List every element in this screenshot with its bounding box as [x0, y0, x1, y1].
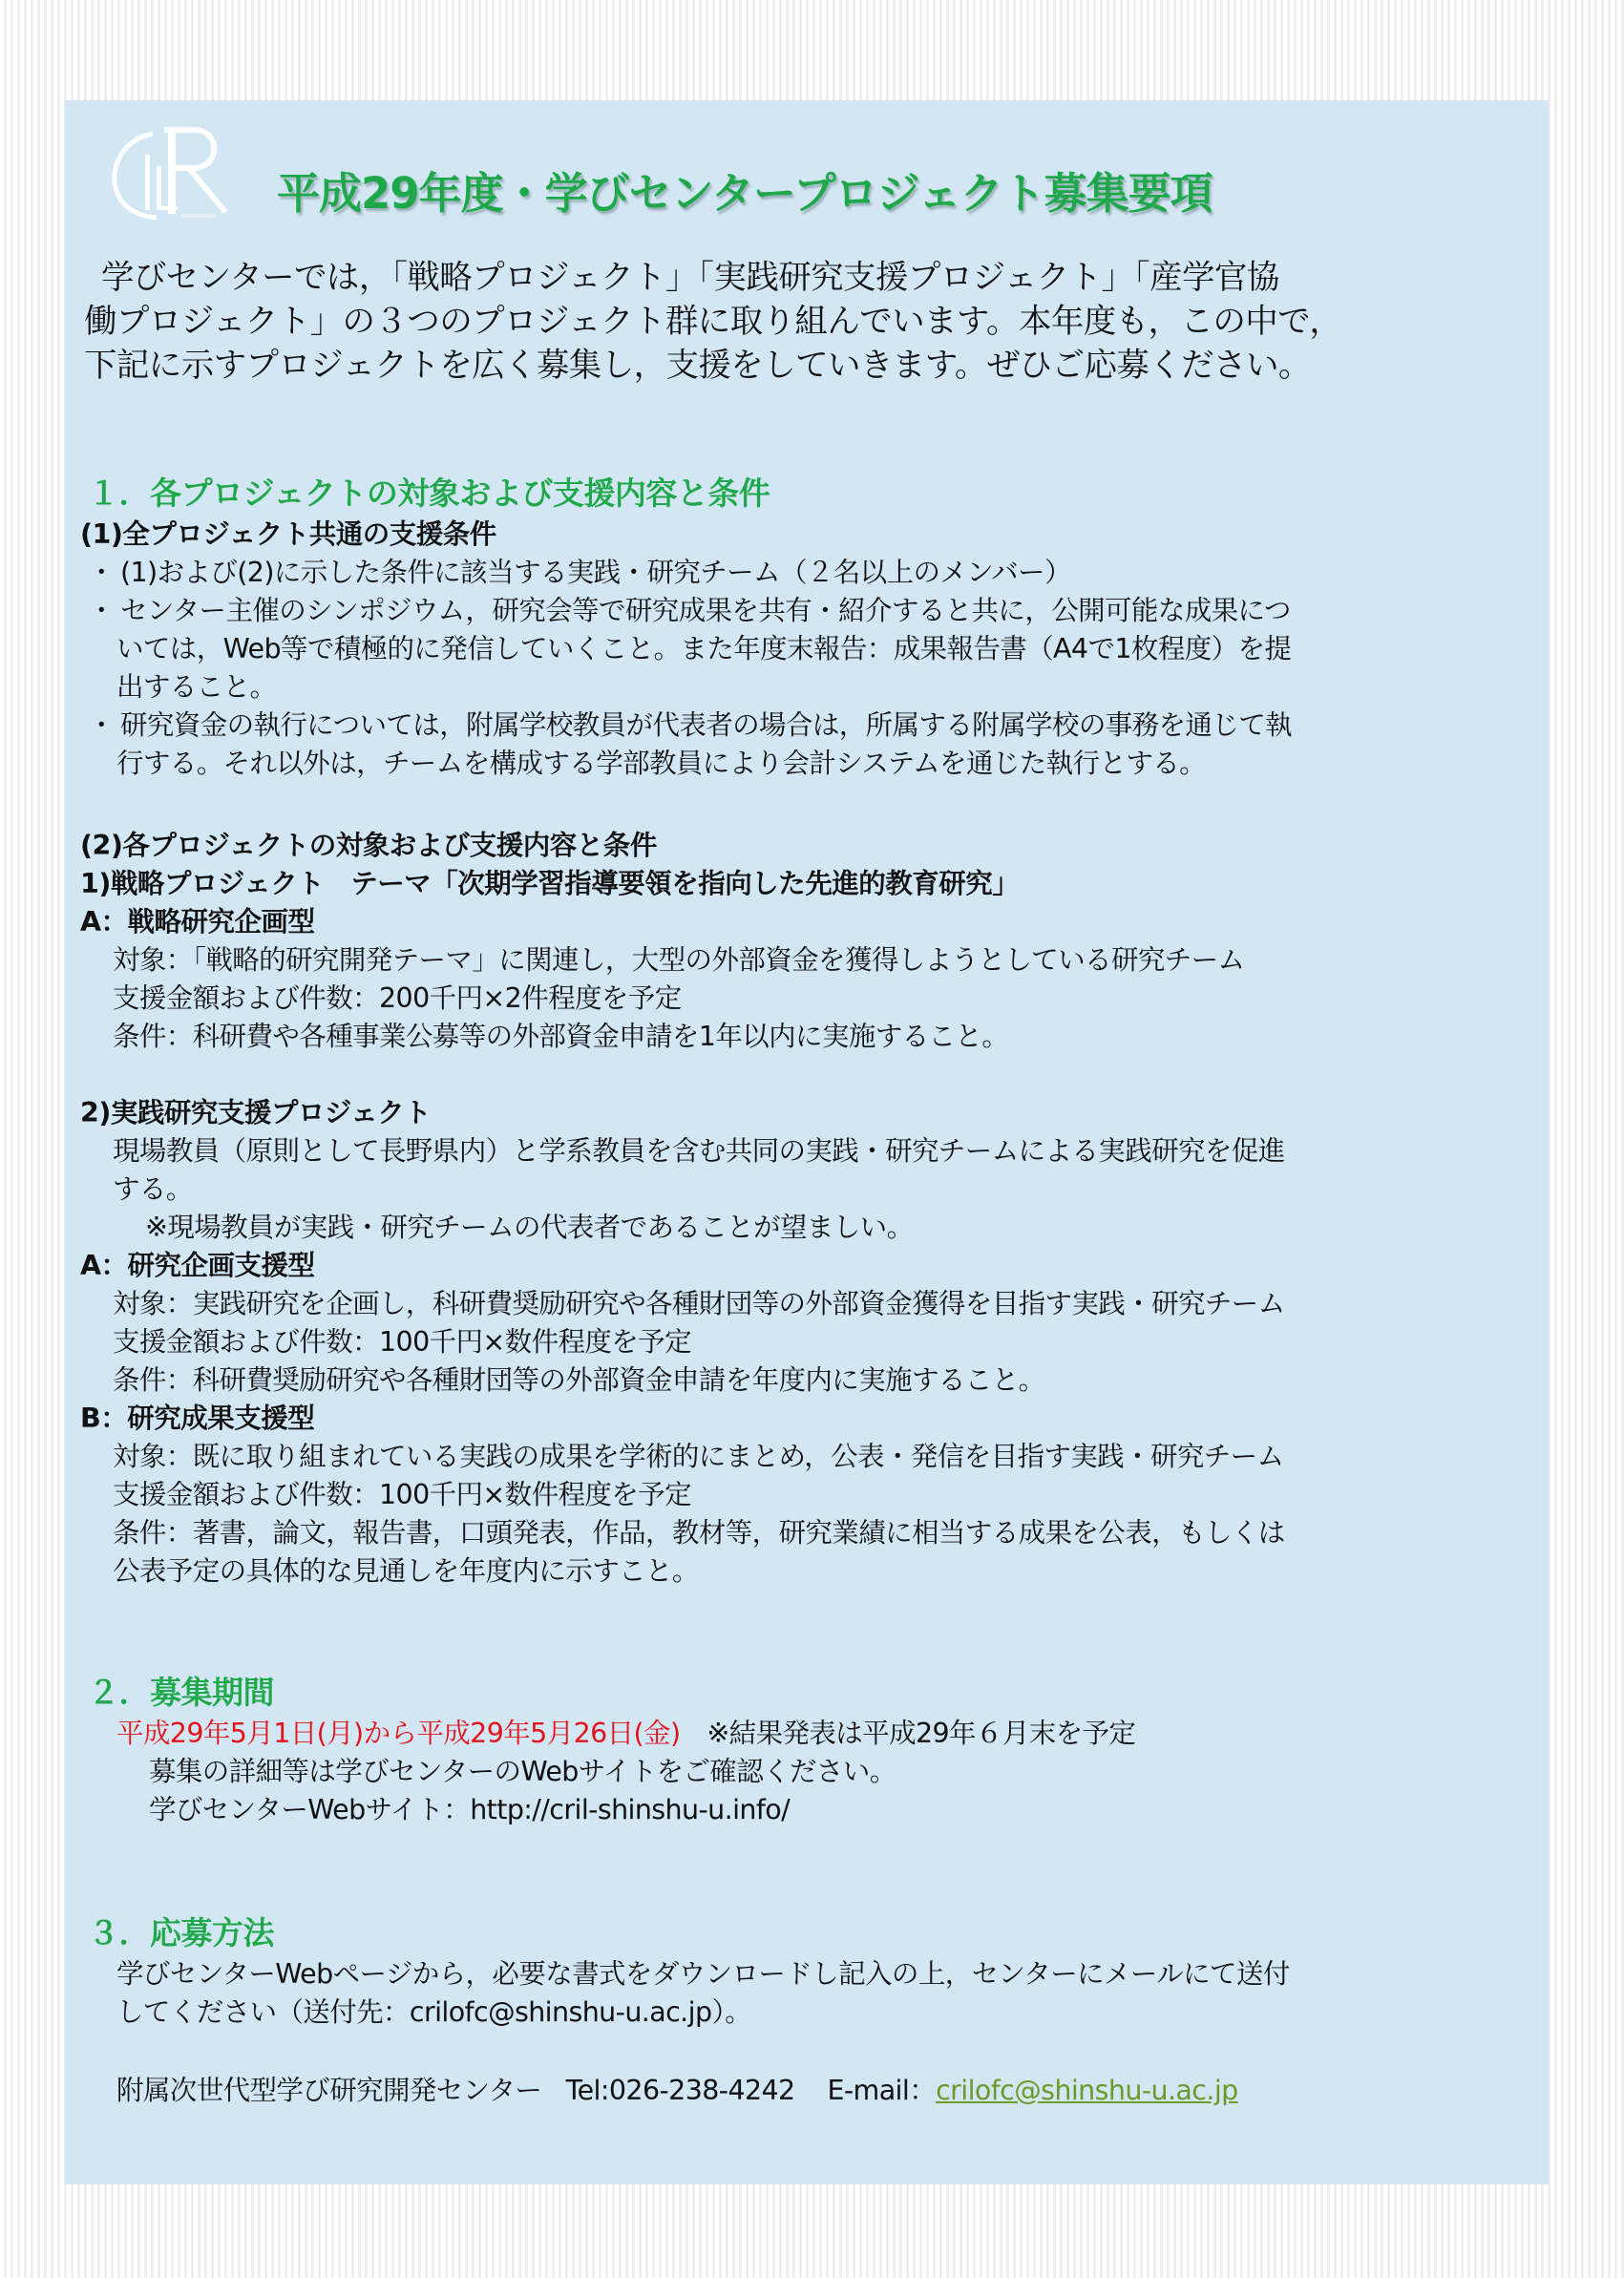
section-1-heading: １．各プロジェクトの対象および支援内容と条件 [84, 472, 1535, 516]
website-url[interactable]: http://cril-shinshu-u.info/ [470, 1794, 790, 1825]
detail-line: 支援金額および件数：100千円×数件程度を予定 [80, 1323, 1531, 1361]
bullet-continuation: 出すること。 [84, 668, 1535, 707]
result-note: ※結果発表は平成29年６月末を予定 [680, 1718, 1135, 1749]
section-2-heading: ２．募集期間 [84, 1671, 1535, 1715]
detail-line: 対象：「戦略的研究開発テーマ」に関連し，大型の外部資金を獲得しようとしている研究… [80, 941, 1531, 980]
bullet-item: ・ 研究資金の執行については，附属学校教員が代表者の場合は，所属する附属学校の事… [84, 707, 1535, 745]
section-3: ３．応募方法 学びセンターWebページから，必要な書式をダウンロードし記入の上，… [84, 1911, 1535, 2032]
page-title: 平成29年度・学びセンタープロジェクト募集要項 [277, 158, 1213, 221]
bullet-item: ・ センター主催のシンポジウム，研究会等で研究成果を共有・紹介すると共に，公開可… [84, 592, 1535, 630]
bullet-item: ・ (1)および(2)に示した条件に該当する実践・研究チーム（２名以上のメンバー… [84, 554, 1535, 592]
email-label: E-mail： [827, 2075, 936, 2106]
recruitment-period: 平成29年5月1日(月)から平成29年5月26日(金) [116, 1718, 680, 1749]
bullet-continuation: いては，Web等で積極的に発信していくこと。また年度末報告：成果報告書（A4で1… [84, 630, 1535, 668]
practice-project: 2)実践研究支援プロジェクト 現場教員（原則として長野県内）と学系教員を含む共同… [80, 1094, 1531, 1591]
intro-line: 働プロジェクト」の３つのプロジェクト群に取り組んでいます。本年度も，この中で， [84, 300, 1535, 344]
detail-line: 支援金額および件数：100千円×数件程度を予定 [80, 1476, 1531, 1514]
cilr-logo [107, 120, 260, 227]
detail-line: する。 [80, 1171, 1531, 1209]
period-line: 平成29年5月1日(月)から平成29年5月26日(金) ※結果発表は平成29年６… [84, 1715, 1535, 1753]
practice-type-b-heading: B：研究成果支援型 [80, 1400, 1531, 1438]
detail-line: 現場教員（原則として長野県内）と学系教員を含む共同の実践・研究チームによる実践研… [80, 1132, 1531, 1171]
bullet-dot: ・ [84, 554, 120, 592]
intro-line: 下記に示すプロジェクトを広く募集し，支援をしていきます。ぜひご応募ください。 [84, 344, 1535, 388]
strategic-type-a-heading: A：戦略研究企画型 [80, 903, 1531, 941]
note-line: ※現場教員が実践・研究チームの代表者であることが望ましい。 [80, 1209, 1531, 1247]
bullet-dot: ・ [84, 707, 120, 745]
strategic-project-heading: 1)戦略プロジェクト テーマ「次期学習指導要領を指向した先進的教育研究」 [80, 865, 1531, 903]
practice-project-heading: 2)実践研究支援プロジェクト [80, 1094, 1531, 1132]
detail-line: 公表予定の具体的な見通しを年度内に示すこと。 [80, 1552, 1531, 1591]
cilr-logo-icon [107, 120, 260, 227]
detail-line: 条件：科研費奨励研究や各種財団等の外部資金申請を年度内に実施すること。 [80, 1361, 1531, 1400]
detail-line: 対象：既に取り組まれている実践の成果を学術的にまとめ，公表・発信を目指す実践・研… [80, 1438, 1531, 1476]
practice-type-a-heading: A：研究企画支援型 [80, 1247, 1531, 1285]
bullet-continuation: 行する。それ以外は，チームを構成する学部教員により会計システムを通じた執行とする… [84, 745, 1535, 783]
section-3-heading: ３．応募方法 [84, 1911, 1535, 1955]
bullet-dot: ・ [84, 592, 120, 630]
email-link[interactable]: crilofc@shinshu-u.ac.jp [936, 2075, 1238, 2106]
detail-line: 条件：著書，論文，報告書，口頭発表，作品，教材等，研究業績に相当する成果を公表，… [80, 1514, 1531, 1552]
detail-line: 条件：科研費や各種事業公募等の外部資金申請を1年以内に実施すること。 [80, 1018, 1531, 1056]
intro-line: 学びセンターでは，「戦略プロジェクト」「実践研究支援プロジェクト」「産学官協 [84, 256, 1535, 300]
each-project-conditions: (2)各プロジェクトの対象および支援内容と条件 1)戦略プロジェクト テーマ「次… [80, 827, 1531, 1056]
org-name: 附属次世代型学び研究開発センター [116, 2075, 541, 2106]
contact-footer: 附属次世代型学び研究開発センター Tel:026-238-4242 E-mail… [84, 2072, 1568, 2110]
tel-number[interactable]: 026-238-4242 [609, 2075, 795, 2106]
detail-line: 対象：実践研究を企画し，科研費奨励研究や各種財団等の外部資金獲得を目指す実践・研… [80, 1285, 1531, 1323]
website-line: 学びセンターWebサイト：http://cril-shinshu-u.info/ [84, 1791, 1535, 1829]
each-project-heading: (2)各プロジェクトの対象および支援内容と条件 [80, 827, 1531, 865]
detail-line: してください（送付先：crilofc@shinshu-u.ac.jp）。 [84, 1993, 1535, 2032]
detail-line: 募集の詳細等は学びセンターのWebサイトをご確認ください。 [84, 1753, 1535, 1791]
tel-label: Tel: [566, 2075, 609, 2106]
common-conditions-heading: (1)全プロジェクト共通の支援条件 [80, 516, 1535, 554]
section-1: １．各プロジェクトの対象および支援内容と条件 (1)全プロジェクト共通の支援条件… [84, 472, 1535, 783]
detail-line: 学びセンターWebページから，必要な書式をダウンロードし記入の上，センターにメー… [84, 1955, 1535, 1993]
intro-paragraph: 学びセンターでは，「戦略プロジェクト」「実践研究支援プロジェクト」「産学官協 働… [84, 256, 1535, 388]
detail-line: 支援金額および件数：200千円×2件程度を予定 [80, 980, 1531, 1018]
section-2: ２．募集期間 平成29年5月1日(月)から平成29年5月26日(金) ※結果発表… [84, 1671, 1535, 1829]
